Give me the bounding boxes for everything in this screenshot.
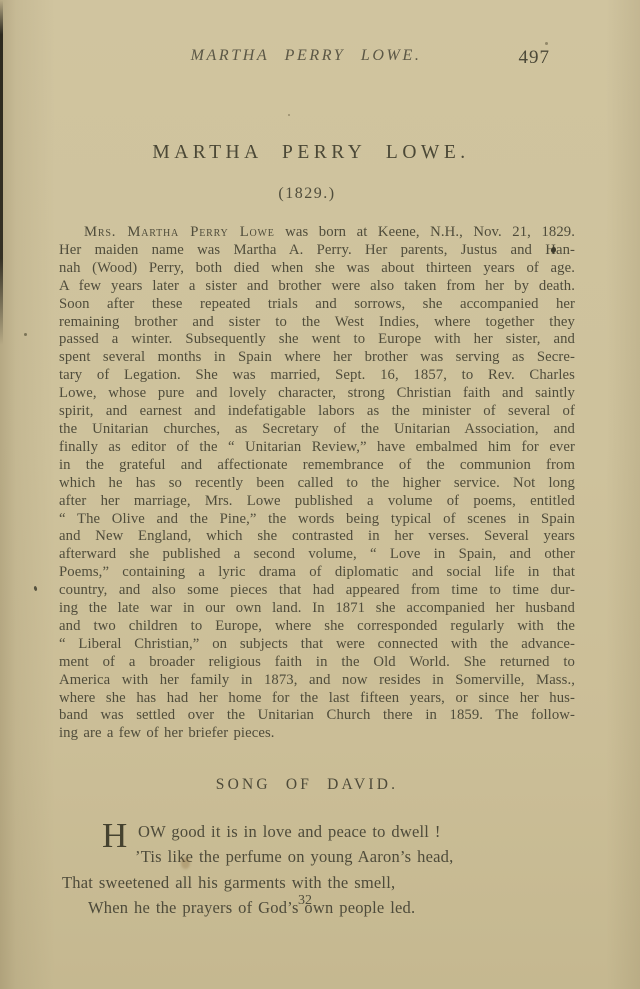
bio-line-last: ing are a few of her briefer pieces. xyxy=(59,725,575,743)
bio-line: Soon after these repeated trials and sor… xyxy=(59,296,575,314)
bio-line: finally as editor of the “ Unitarian Rev… xyxy=(59,439,575,457)
bio-paragraph: Mrs. Martha Perry Lowe was born at Keene… xyxy=(59,224,575,743)
book-page: MARTHA PERRY LOWE. 497 MARTHA PERRY LOWE… xyxy=(0,0,640,989)
bio-line: America with her family in 1873, and now… xyxy=(59,672,575,690)
poem-line: That sweetened all his garments with the… xyxy=(62,870,562,895)
poem-line: OW good it is in love and peace to dwell… xyxy=(62,819,562,844)
bio-line: afterward she published a second volume,… xyxy=(59,546,575,564)
bio-line: A few years later a sister and brother w… xyxy=(59,278,575,296)
bio-line: and two children to Europe, where she co… xyxy=(59,618,575,636)
bio-line-first: Mrs. Martha Perry Lowe was born at Keene… xyxy=(59,224,575,242)
poem-line: ’Tis like the perfume on young Aaron’s h… xyxy=(62,844,562,869)
poem-section-title: SONG OF DAVID. xyxy=(0,776,627,794)
ink-blot xyxy=(33,586,37,592)
bio-line: in the grateful and affectionate remembr… xyxy=(59,457,575,475)
bio-line: “ Liberal Christian,” on subjects that w… xyxy=(59,636,575,654)
ink-smudge xyxy=(181,857,190,869)
drop-cap-letter: H xyxy=(102,818,127,853)
bio-line: Poems,” containing a lyric drama of dipl… xyxy=(59,564,575,582)
bio-line: ment of a broader religious faith in the… xyxy=(59,654,575,672)
bio-line: spirit, and earnest and indefatigable la… xyxy=(59,403,575,421)
ink-blot xyxy=(545,42,548,45)
bio-line: “ The Olive and the Pine,” the words bei… xyxy=(59,511,575,529)
bio-line: spent several months in Spain where her … xyxy=(59,349,575,367)
bio-line: and New England, which she contrasted in… xyxy=(59,528,575,546)
bio-line: which he has so recently been called to … xyxy=(59,475,575,493)
bio-line: ing the late war in our own land. In 187… xyxy=(59,600,575,618)
ink-blot xyxy=(24,333,27,336)
bio-line: passed a winter. Subsequently she went t… xyxy=(59,331,575,349)
bio-line: the Unitarian churches, as Secretary of … xyxy=(59,421,575,439)
bio-first-line-rest: was born at Keene, N.H., Nov. 21, 1829. xyxy=(285,224,575,240)
bio-line: Her maiden name was Martha A. Perry. Her… xyxy=(59,242,575,260)
page-number: 497 xyxy=(519,47,551,69)
bio-middle-lines: Her maiden name was Martha A. Perry. Her… xyxy=(59,242,575,725)
ink-blot xyxy=(288,114,290,116)
bio-line: where she has had her home for the last … xyxy=(59,690,575,708)
bio-line: after her marriage, Mrs. Lowe published … xyxy=(59,493,575,511)
bio-line: band was settled over the Unitarian Chur… xyxy=(59,707,575,725)
bio-line: nah (Wood) Perry, both died when she was… xyxy=(59,260,575,278)
bio-line: remaining brother and sister to the West… xyxy=(59,314,575,332)
article-year: (1829.) xyxy=(0,185,627,203)
bio-line: Lowe, whose pure and lovely character, s… xyxy=(59,385,575,403)
article-title: MARTHA PERRY LOWE. xyxy=(0,142,631,164)
signature-mark: 32 xyxy=(0,893,625,909)
bio-opener-smallcaps: Mrs. Martha Perry Lowe xyxy=(84,224,275,240)
bio-line: tary of Legation. She was married, Sept.… xyxy=(59,367,575,385)
bio-line: country, and also some pieces that had a… xyxy=(59,582,575,600)
